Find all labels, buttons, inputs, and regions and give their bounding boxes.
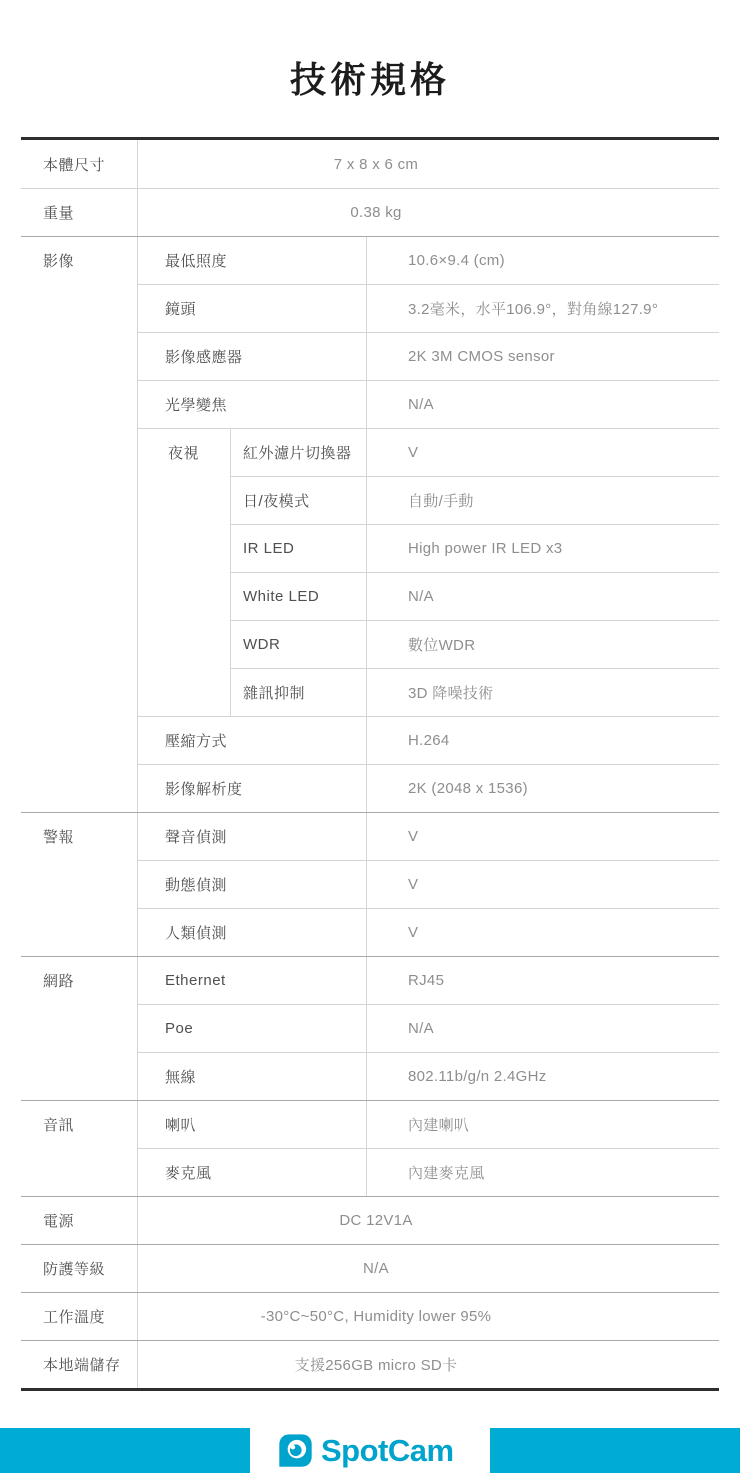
section-label-network: 網路: [43, 956, 155, 1004]
spec-value: High power IR LED x3: [408, 524, 714, 572]
spec-value: 2K 3M CMOS sensor: [408, 332, 714, 380]
spec-label: 麥克風: [165, 1148, 381, 1196]
spec-value: 802.11b/g/n 2.4GHz: [408, 1052, 714, 1100]
spec-value: V: [408, 812, 714, 860]
page-title: 技術規格: [0, 52, 740, 103]
row-value: N/A: [137, 1244, 719, 1292]
spotcam-bubble-eye-icon: [277, 1432, 314, 1469]
footer-accent-bar-right: [490, 1428, 740, 1473]
spec-label: 聲音偵測: [165, 812, 381, 860]
spec-label: 紅外濾片切換器: [243, 428, 383, 476]
spec-label: Ethernet: [165, 956, 381, 1004]
spec-value: N/A: [408, 1004, 714, 1052]
spec-label: 光學變焦: [165, 380, 381, 428]
spec-label: 無線: [165, 1052, 381, 1100]
spec-label: 人類偵測: [165, 908, 381, 956]
spec-table: 本體尺寸 7 x 8 x 6 cm 重量 0.38 kg 影像 最低照度 10.…: [21, 137, 719, 1391]
spec-value: 內建喇叭: [408, 1100, 714, 1148]
spec-label: 動態偵測: [165, 860, 381, 908]
spec-value: V: [408, 860, 714, 908]
spec-label: 壓縮方式: [165, 716, 381, 764]
subsection-label-nightvision: 夜視: [168, 428, 248, 476]
section-label-image: 影像: [43, 236, 155, 284]
spec-label: IR LED: [243, 524, 383, 572]
row-value: DC 12V1A: [137, 1196, 719, 1244]
footer-accent-bar-left: [0, 1428, 250, 1473]
spec-label: 影像解析度: [165, 764, 381, 812]
spec-value: 數位WDR: [408, 620, 714, 668]
spec-value: V: [408, 908, 714, 956]
spec-value: 10.6×9.4 (cm): [408, 236, 714, 284]
section-label-audio: 音訊: [43, 1100, 155, 1148]
brand-wordmark: SpotCam: [321, 1433, 454, 1469]
row-value: 0.38 kg: [137, 188, 719, 236]
spec-label: 影像感應器: [165, 332, 381, 380]
spec-value: N/A: [408, 380, 714, 428]
spec-value: 3D 降噪技術: [408, 668, 714, 716]
spec-value: RJ45: [408, 956, 714, 1004]
spec-label: 鏡頭: [165, 284, 381, 332]
spec-label: 日/夜模式: [243, 476, 383, 524]
spec-value: V: [408, 428, 714, 476]
row-value: 支援256GB micro SD卡: [137, 1340, 719, 1388]
spec-value: H.264: [408, 716, 714, 764]
row-value: 7 x 8 x 6 cm: [137, 140, 719, 188]
section-label-alarm: 警報: [43, 812, 155, 860]
spec-value: 內建麥克風: [408, 1148, 714, 1196]
spec-value: 自動/手動: [408, 476, 714, 524]
spec-value: N/A: [408, 572, 714, 620]
spec-value: 2K (2048 x 1536): [408, 764, 714, 812]
spec-label: 最低照度: [165, 236, 381, 284]
spec-value: 3.2毫米，水平106.9°，對角線127.9°: [408, 284, 714, 332]
row-value: -30°C~50°C, Humidity lower 95%: [137, 1292, 719, 1340]
brand-logo: SpotCam: [277, 1428, 454, 1473]
spec-label: 雜訊抑制: [243, 668, 383, 716]
spec-label: 喇叭: [165, 1100, 381, 1148]
spec-label: WDR: [243, 620, 383, 668]
spec-label: White LED: [243, 572, 383, 620]
spec-label: Poe: [165, 1004, 381, 1052]
